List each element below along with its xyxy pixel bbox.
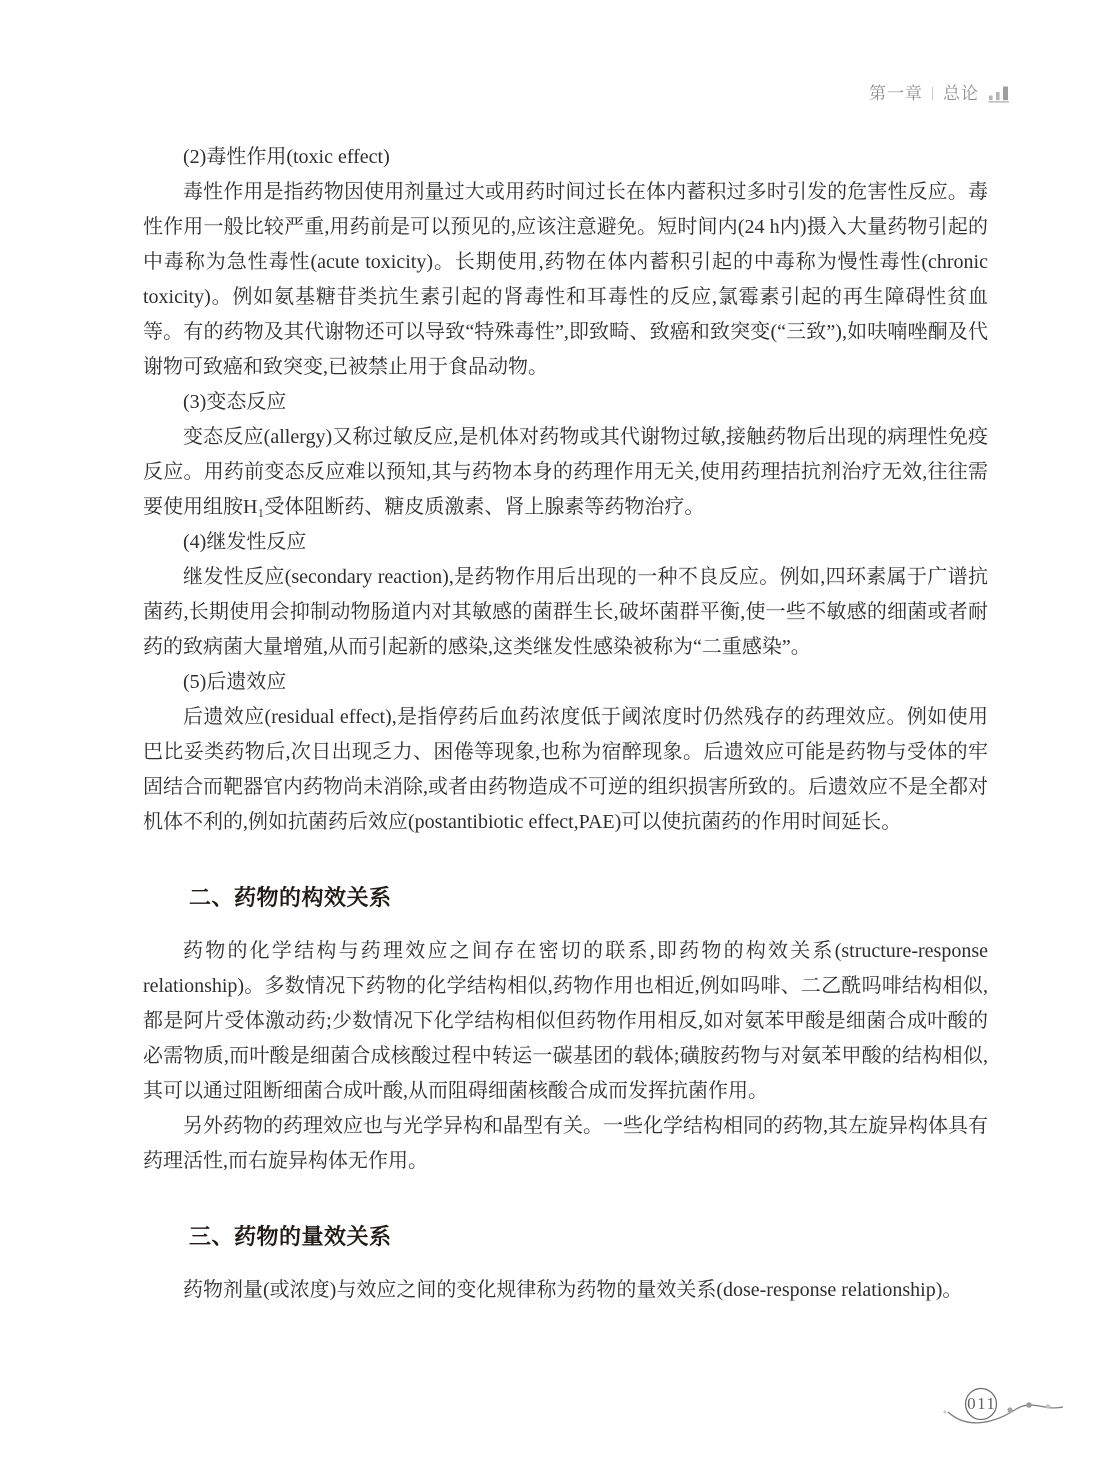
list-subhead: (5)后遗效应 (143, 665, 988, 700)
wave-decoration-icon (930, 1378, 1080, 1433)
chapter-label: 第一章 (869, 82, 923, 106)
body-paragraph: 继发性反应(secondary reaction),是药物作用后出现的一种不良反… (143, 560, 988, 665)
section-heading: 三、药物的量效关系 (189, 1217, 988, 1257)
page-footer: 011 (930, 1378, 1080, 1433)
list-subhead: (2)毒性作用(toxic effect) (143, 140, 988, 175)
bar-chart-icon (988, 85, 1010, 103)
book-page: 第一章 | 总论 (2)毒性作用(toxic effect)毒性作用是指药物因使… (0, 0, 1100, 1482)
page-header: 第一章 | 总论 (869, 82, 1010, 106)
body-paragraph: 毒性作用是指药物因使用剂量过大或用药时间过长在体内蓄积过多时引发的危害性反应。毒… (143, 175, 988, 385)
body-paragraph: 药物剂量(或浓度)与效应之间的变化规律称为药物的量效关系(dose-respon… (143, 1273, 988, 1308)
body-paragraph: 另外药物的药理效应也与光学异构和晶型有关。一些化学结构相同的药物,其左旋异构体具… (143, 1109, 988, 1179)
section-label: 总论 (943, 82, 979, 106)
body-paragraph: 药物的化学结构与药理效应之间存在密切的联系,即药物的构效关系(structure… (143, 934, 988, 1109)
body-paragraph: 变态反应(allergy)又称过敏反应,是机体对药物或其代谢物过敏,接触药物后出… (143, 420, 988, 525)
list-subhead: (3)变态反应 (143, 385, 988, 420)
section-heading: 二、药物的构效关系 (189, 878, 988, 918)
list-subhead: (4)继发性反应 (143, 525, 988, 560)
page-body: (2)毒性作用(toxic effect)毒性作用是指药物因使用剂量过大或用药时… (143, 140, 988, 1308)
body-paragraph: 后遗效应(residual effect),是指停药后血药浓度低于阈浓度时仍然残… (143, 700, 988, 840)
header-separator: | (931, 81, 935, 105)
page-number: 011 (966, 1394, 997, 1414)
